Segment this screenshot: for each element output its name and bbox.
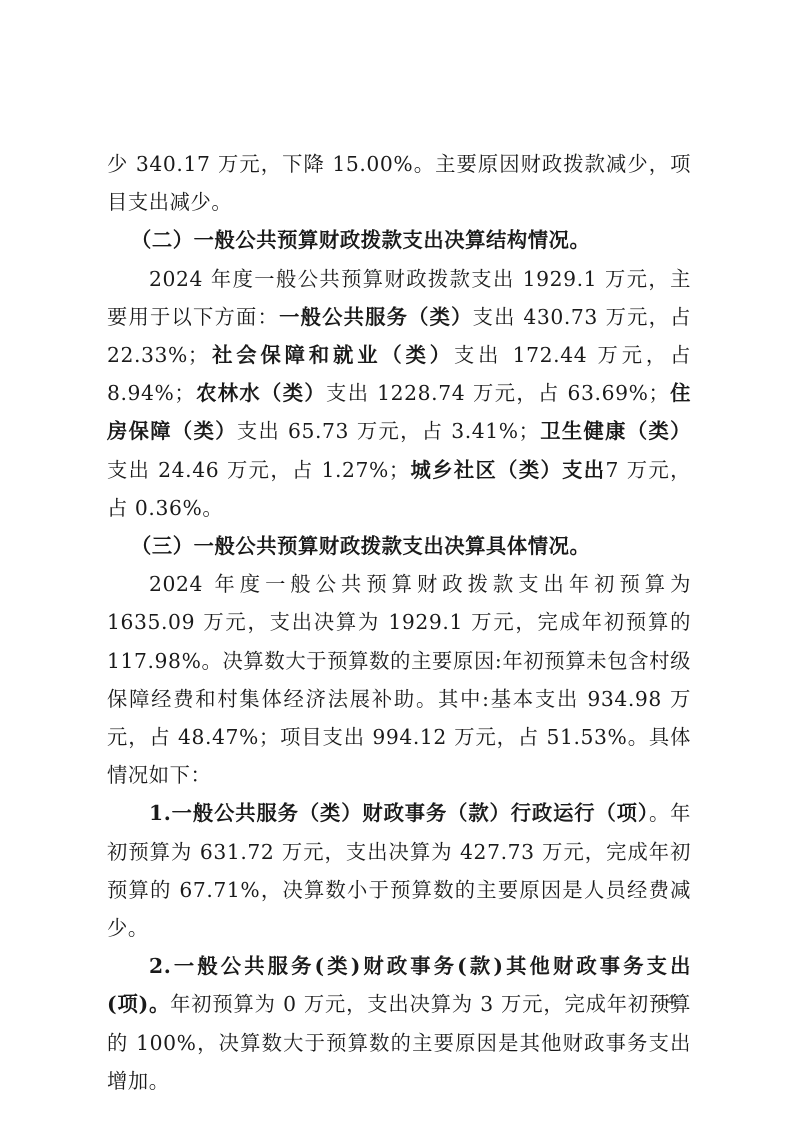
paragraph-structure: 2024 年度一般公共预算财政拨款支出 1929.1 万元，主要用于以下方面：一… <box>107 260 691 527</box>
item-1-paragraph: 1.一般公共服务（类）财政事务（款）行政运行（项）。年初预算为 631.72 万… <box>107 794 691 947</box>
paragraph-continuation: 少 340.17 万元，下降 15.00%。主要原因财政拨款减少，项目支出减少。 <box>107 145 691 221</box>
item-1-label: 1.一般公共服务（类）财政事务（款）行政运行（项） <box>149 801 649 825</box>
section-heading-2: （二）一般公共预算财政拨款支出决算结构情况。 <box>107 221 691 259</box>
item-2-text: 年初预算为 0 万元，支出决算为 3 万元，完成年初预算的 100%，决算数大于… <box>107 992 691 1092</box>
category-label-general-public-services: 一般公共服务（类） <box>279 305 473 329</box>
category-label-urban-rural: 城乡社区（类）支出 <box>410 458 606 482</box>
category-label-agriculture: 农林水（类） <box>195 381 326 405</box>
document-page: 少 340.17 万元，下降 15.00%。主要原因财政拨款减少，项目支出减少。… <box>107 145 691 1100</box>
section-heading-3: （三）一般公共预算财政拨款支出决算具体情况。 <box>107 527 691 565</box>
paragraph-specifics: 2024 年度一般公共预算财政拨款支出年初预算为 1635.09 万元，支出决算… <box>107 565 691 794</box>
category-text-housing: 支出 65.73 万元，占 3.41%； <box>237 419 540 443</box>
category-label-social-security: 社会保障和就业（类） <box>209 343 454 367</box>
category-text-agriculture: 支出 1228.74 万元，占 63.69%； <box>326 381 669 405</box>
item-2-paragraph: 2.一般公共服务(类)财政事务(款)其他财政事务支出(项)。年初预算为 0 万元… <box>107 947 691 1100</box>
category-text-health: 支出 24.46 万元，占 1.27%； <box>107 458 410 482</box>
category-label-health: 卫生健康（类） <box>540 419 692 443</box>
page-number: -14- <box>653 992 680 1010</box>
